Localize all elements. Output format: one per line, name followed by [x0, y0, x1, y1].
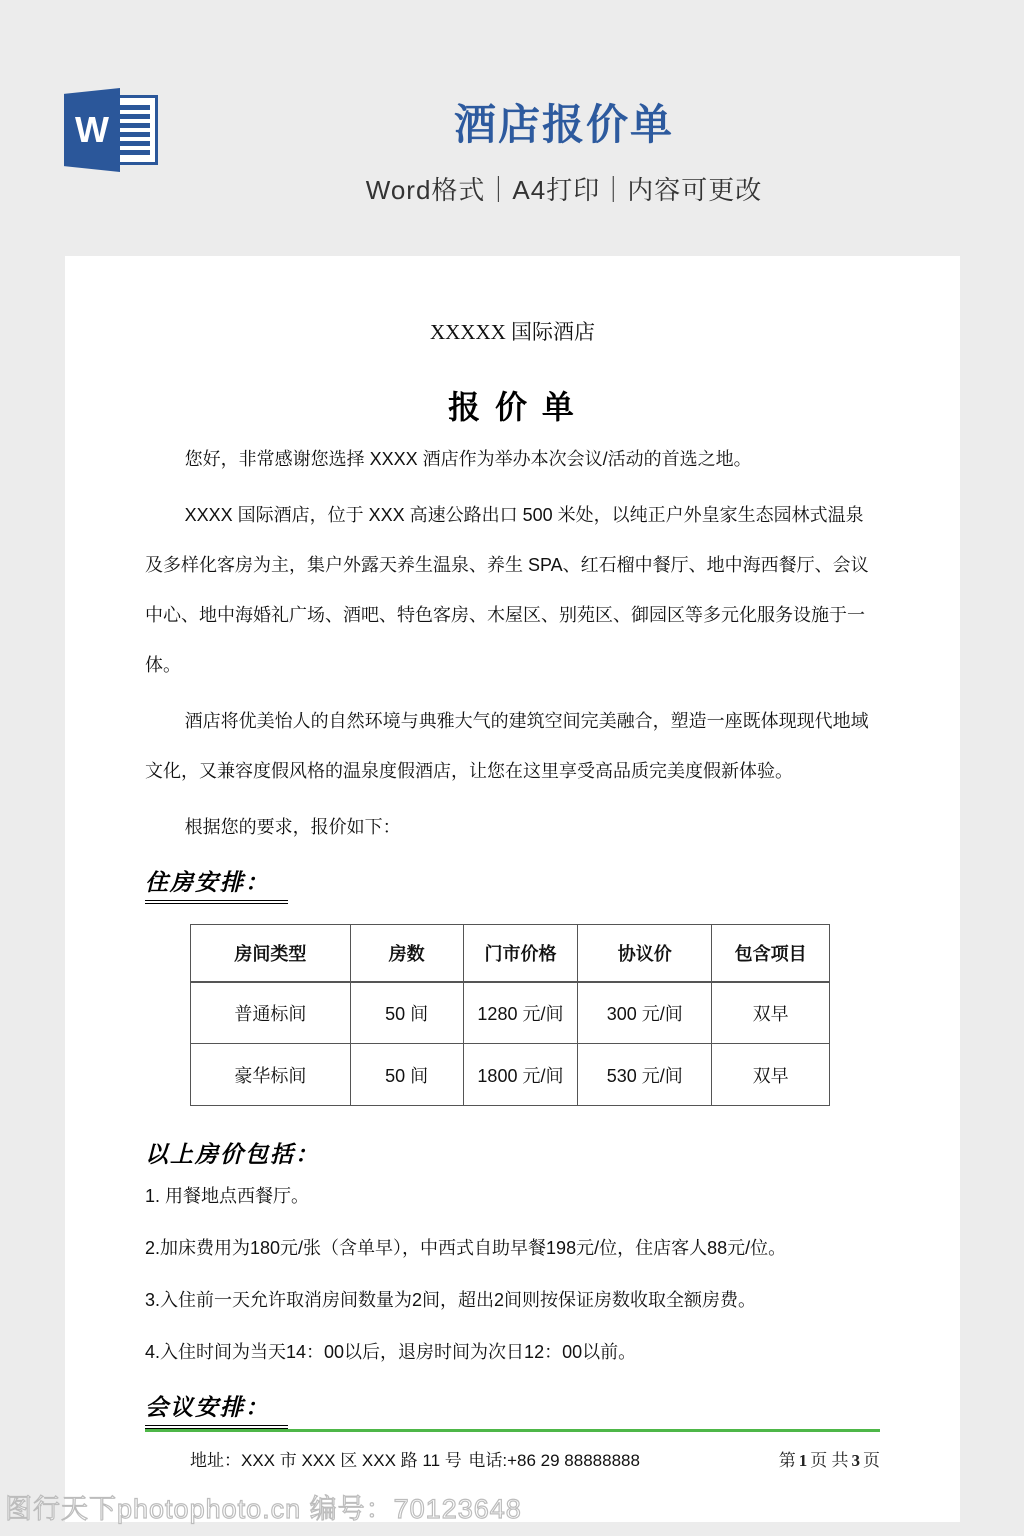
- document-page: XXXXX 国际酒店 报 价 单 您好，非常感谢您选择 XXXX 酒店作为举办本…: [65, 256, 960, 1522]
- green-divider: [145, 1429, 880, 1432]
- page-prefix: 第: [779, 1451, 796, 1470]
- paragraph-hotel-style: 酒店将优美怡人的自然环境与典雅大气的建筑空间完美融合，塑造一座既体现现代地域文化…: [145, 696, 880, 796]
- meeting-section: 会议安排：: [145, 1389, 880, 1429]
- room-section: 住房安排：: [145, 864, 880, 904]
- table-row: 豪华标间 50 间 1800 元/间 530 元/间 双早: [191, 1044, 830, 1106]
- table-header-row: 房间类型 房数 门市价格 协议价 包含项目: [191, 925, 830, 982]
- footer-page-number: 第1页 共3页: [718, 1446, 880, 1471]
- col-header-room-type: 房间类型: [191, 925, 351, 982]
- col-header-agreed-price: 协议价: [578, 925, 712, 982]
- site-watermark: 图行天下photophoto.cn 编号：70123648: [5, 1487, 522, 1526]
- site-header: W 酒店报价单 Word格式｜A4打印｜内容可更改: [0, 0, 1024, 252]
- cell-room-count: 50 间: [350, 982, 463, 1044]
- col-header-included: 包含项目: [712, 925, 830, 982]
- footer-address: 地址：XXX 市 XXX 区 XXX 路 11 号: [145, 1446, 468, 1471]
- paragraph-hotel-intro: XXXX 国际酒店，位于 XXX 高速公路出口 500 米处，以纯正户外皇家生态…: [145, 490, 880, 690]
- page-current: 1: [796, 1451, 811, 1470]
- cell-retail-price: 1800 元/间: [463, 1044, 578, 1106]
- includes-item-1: 1. 用餐地点西餐厅。: [145, 1171, 880, 1221]
- paragraph-quote-lead: 根据您的要求，报价如下：: [145, 802, 880, 852]
- hotel-name: XXXXX 国际酒店: [145, 316, 880, 346]
- footer-phone: 电话:+86 29 88888888: [468, 1446, 718, 1471]
- header-text: 酒店报价单 Word格式｜A4打印｜内容可更改: [0, 92, 1024, 207]
- col-header-room-count: 房数: [350, 925, 463, 982]
- page-suffix: 页: [863, 1451, 880, 1470]
- page-mid: 页 共: [810, 1451, 848, 1470]
- includes-section-heading: 以上房价包括：: [145, 1142, 320, 1167]
- cell-room-type: 豪华标间: [191, 1044, 351, 1106]
- meeting-section-heading: 会议安排：: [145, 1389, 288, 1429]
- table-row: 普通标间 50 间 1280 元/间 300 元/间 双早: [191, 982, 830, 1044]
- includes-item-2: 2.加床费用为180元/张（含单早），中西式自助早餐198元/位，住店客人88元…: [145, 1223, 880, 1273]
- room-section-heading: 住房安排：: [145, 864, 288, 904]
- includes-item-4: 4.入住时间为当天14：00以后，退房时间为次日12：00以前。: [145, 1327, 880, 1377]
- cell-room-type: 普通标间: [191, 982, 351, 1044]
- quotation-title: 报 价 单: [145, 382, 880, 428]
- cell-included: 双早: [712, 982, 830, 1044]
- cell-included: 双早: [712, 1044, 830, 1106]
- includes-section: 以上房价包括：: [145, 1136, 880, 1169]
- col-header-retail-price: 门市价格: [463, 925, 578, 982]
- cell-agreed-price: 530 元/间: [578, 1044, 712, 1106]
- page-subtitle: Word格式｜A4打印｜内容可更改: [104, 170, 1024, 207]
- includes-item-3: 3.入住前一天允许取消房间数量为2间，超出2间则按保证房数收取全额房费。: [145, 1275, 880, 1325]
- page-title: 酒店报价单: [104, 92, 1024, 152]
- cell-retail-price: 1280 元/间: [463, 982, 578, 1044]
- cell-room-count: 50 间: [350, 1044, 463, 1106]
- paragraph-greeting: 您好，非常感谢您选择 XXXX 酒店作为举办本次会议/活动的首选之地。: [145, 434, 880, 484]
- page-total: 3: [848, 1451, 863, 1470]
- cell-agreed-price: 300 元/间: [578, 982, 712, 1044]
- footer-row: 地址：XXX 市 XXX 区 XXX 路 11 号 电话:+86 29 8888…: [145, 1446, 880, 1471]
- room-price-table: 房间类型 房数 门市价格 协议价 包含项目 普通标间 50 间 1280 元/间…: [190, 924, 830, 1106]
